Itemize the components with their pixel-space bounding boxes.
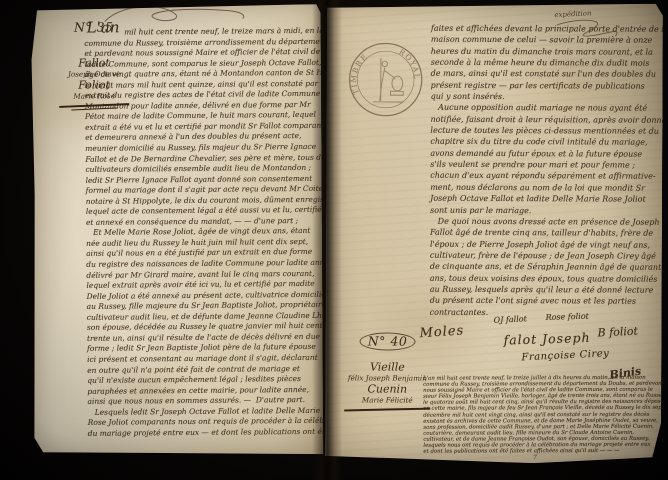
register-scan: N° 35 Fallot Joseph Octave Foliot Marie … [0, 0, 668, 480]
signature: Moles [419, 323, 465, 341]
signature: OJ fallot [493, 314, 527, 325]
groom-surname: Fallot [51, 56, 137, 70]
opening-flourish [101, 3, 251, 26]
bride-given-names: Marie Félicité [341, 395, 433, 404]
manuscript-line: chapitre six du titre du code civil inti… [430, 136, 660, 148]
bride-surname: Cuenin [341, 382, 433, 395]
manuscript-line: De quoi nous avons dressé acte en présen… [430, 216, 660, 228]
manuscript-line: maison commune de celui — savoir la prem… [431, 34, 661, 46]
manuscript-line: de cinquante ans, et de Séraphin Jeannin… [430, 261, 660, 273]
manuscript-line: lecture de toutes les pièces ci-dessus m… [430, 125, 660, 137]
manuscript-line: notifiée, faisant droit à leur réquisiti… [430, 113, 660, 125]
minerva-figure-icon [373, 58, 403, 102]
corner-annotation: expédition [554, 8, 625, 43]
margin-note-act-40: N° 40 Vieille félix Joseph Benjamin Cuen… [341, 332, 433, 410]
manuscript-line: ans, tous deux voisins des époux, tous q… [430, 272, 660, 284]
signature: falot Joseph [503, 330, 590, 348]
catchword: 7 [533, 454, 537, 461]
right-page: expédition TIMBRE ROYAL [325, 2, 663, 463]
groom-surname: Vieille [341, 360, 433, 373]
act-40-body: L'an mil huit cent trente neuf, le treiz… [423, 375, 659, 455]
stamp-arc-left-text: TIMBRE [349, 52, 370, 96]
bride-given-names: Marie Rose [51, 91, 137, 101]
manuscript-line: cultivateur, frère de l'épouse ; de Jean… [430, 250, 660, 262]
manuscript-line: Joseph Octave Fallot et ladite Delle Mar… [430, 193, 660, 205]
timbre-royal-stamp: TIMBRE ROYAL [346, 40, 424, 118]
act-number-oval: N° 40 [360, 332, 416, 350]
manuscript-line: du présent acte l'ont signé avec nous et… [430, 295, 660, 307]
act-35-continuation: faites et affichées devant la principale… [430, 23, 661, 319]
corner-flourish [555, 16, 626, 43]
manuscript-line: sont unis par le mariage. [430, 204, 660, 216]
manuscript-line: chacun d'eux ayant répondu séparément et… [430, 170, 660, 182]
margin-gap [341, 350, 433, 360]
manuscript-line: faites et affichées devant la principale… [431, 23, 661, 35]
groom-given-names: félix Joseph Benjamin [341, 373, 433, 382]
margin-underline [344, 408, 430, 411]
manuscript-line: et dont les publications ont été faites … [423, 448, 659, 455]
signature: Rose foliot [546, 312, 589, 322]
left-page: N° 35 Fallot Joseph Octave Foliot Marie … [31, 4, 324, 456]
margin-underline [59, 103, 129, 107]
manuscript-line: s'ils veulent se prendre pour mari et po… [430, 159, 660, 171]
manuscript-line: de mars, ainsi qu'il est constaté sur l'… [431, 68, 661, 80]
margin-gap [51, 34, 137, 57]
manuscript-line: présent registre — par les certificats d… [431, 79, 661, 91]
manuscript-line: du mariage projeté entre eux — et dont l… [88, 427, 322, 440]
manuscript-line: seconde à la même heure du dimanche dix … [431, 57, 661, 69]
signature: B foliot [597, 325, 638, 340]
signature: Françoise Cirey [521, 348, 609, 363]
svg-text:TIMBRE: TIMBRE [349, 52, 370, 96]
manuscript-line: avons demandé au futur époux et à la fut… [430, 148, 660, 160]
manuscript-line: au Russey, lesquels après qu'il leur a é… [430, 284, 660, 296]
manuscript-line: heures du matin du dimanche trois mars c… [431, 45, 661, 57]
manuscript-line: Aucune opposition audit mariage ne nous … [431, 102, 661, 114]
manuscript-line: qui y sont insérés. [431, 91, 661, 103]
manuscript-line: l'époux ; de Pierre Joseph Joliot âgé de… [430, 238, 660, 250]
manuscript-line: ment, nous déclarons au nom de la loi qu… [430, 182, 660, 194]
bride-surname: Foliot [51, 78, 137, 92]
manuscript-line: Fallot âgé de trente cinq ans, tailleur … [430, 227, 660, 239]
